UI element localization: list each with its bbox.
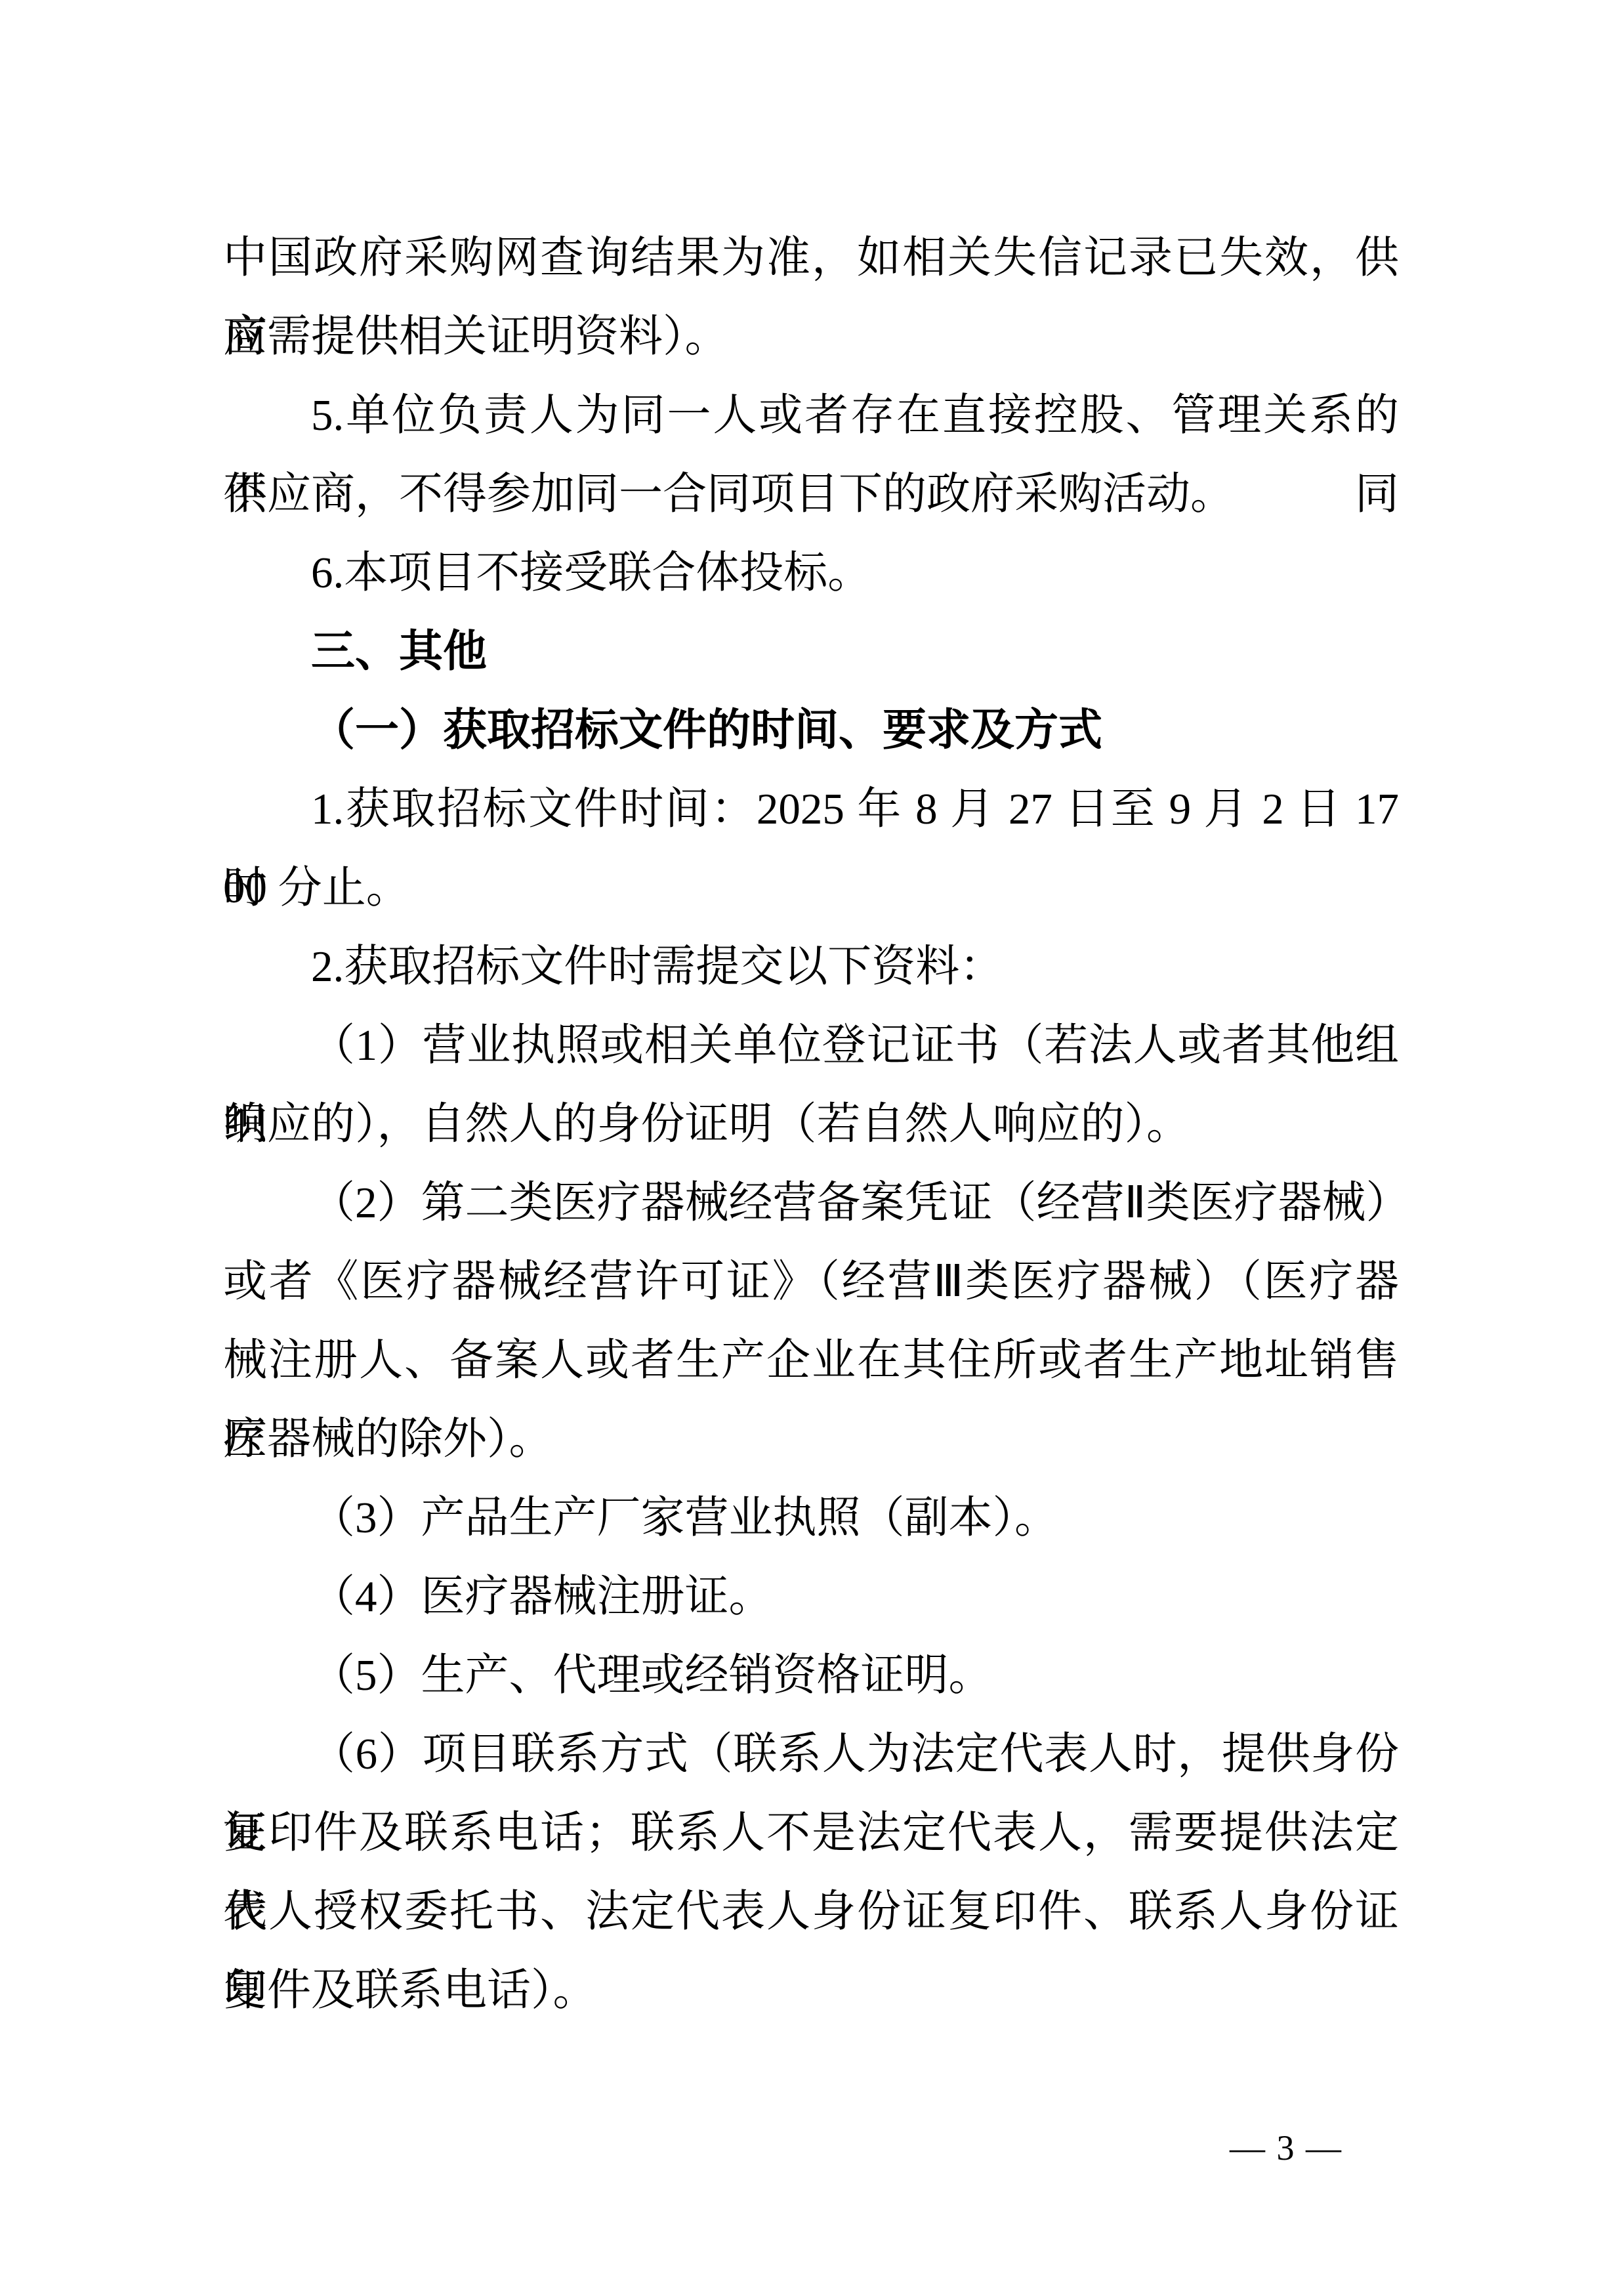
text-line: （6）项目联系方式（联系人为法定代表人时，提供身份证	[223, 1715, 1399, 1794]
text-line: 5.单位负责人为同一人或者存在直接控股、管理关系的不同	[223, 376, 1399, 455]
text-line: 2.获取招标文件时需提交以下资料：	[223, 927, 1399, 1006]
text-line: 6.本项目不接受联合体投标。	[223, 534, 1399, 612]
text-line: 00 分止。	[223, 849, 1399, 927]
document-text-block: 中国政府采购网查询结果为准，如相关失信记录已失效，供应 商需提供相关证明资料）。…	[223, 219, 1399, 2030]
text-line: 供应商，不得参加同一合同项目下的政府采购活动。	[223, 455, 1399, 534]
text-line: 表人授权委托书、法定代表人身份证复印件、联系人身份证复	[223, 1872, 1399, 1951]
section-heading: 三、其他	[223, 612, 1399, 691]
text-line: 中国政府采购网查询结果为准，如相关失信记录已失效，供应	[223, 219, 1399, 297]
text-line: 或者《医疗器械经营许可证》（经营Ⅲ类医疗器械）（医疗器	[223, 1242, 1399, 1321]
text-line: 1.获取招标文件时间：2025 年 8 月 27 日至 9 月 2 日 17 时	[223, 770, 1399, 849]
document-page: 中国政府采购网查询结果为准，如相关失信记录已失效，供应 商需提供相关证明资料）。…	[0, 0, 1624, 2287]
text-line: 商需提供相关证明资料）。	[223, 297, 1399, 376]
text-line: 印件及联系电话）。	[223, 1951, 1399, 2030]
text-line: 械注册人、备案人或者生产企业在其住所或者生产地址销售医	[223, 1321, 1399, 1400]
text-line: 复印件及联系电话；联系人不是法定代表人，需要提供法定代	[223, 1794, 1399, 1872]
text-line: （3）产品生产厂家营业执照（副本）。	[223, 1479, 1399, 1557]
text-line: 响应的），自然人的身份证明（若自然人响应的）。	[223, 1085, 1399, 1164]
page-number: — 3 —	[1217, 2128, 1355, 2168]
subsection-heading: （一）获取招标文件的时间、要求及方式	[223, 691, 1399, 770]
text-line: （4）医疗器械注册证。	[223, 1557, 1399, 1636]
text-line: 疗器械的除外）。	[223, 1400, 1399, 1479]
text-line: （5）生产、代理或经销资格证明。	[223, 1636, 1399, 1715]
text-line: （2）第二类医疗器械经营备案凭证（经营Ⅱ类医疗器械）	[223, 1164, 1399, 1242]
text-line: （1）营业执照或相关单位登记证书（若法人或者其他组织	[223, 1006, 1399, 1085]
